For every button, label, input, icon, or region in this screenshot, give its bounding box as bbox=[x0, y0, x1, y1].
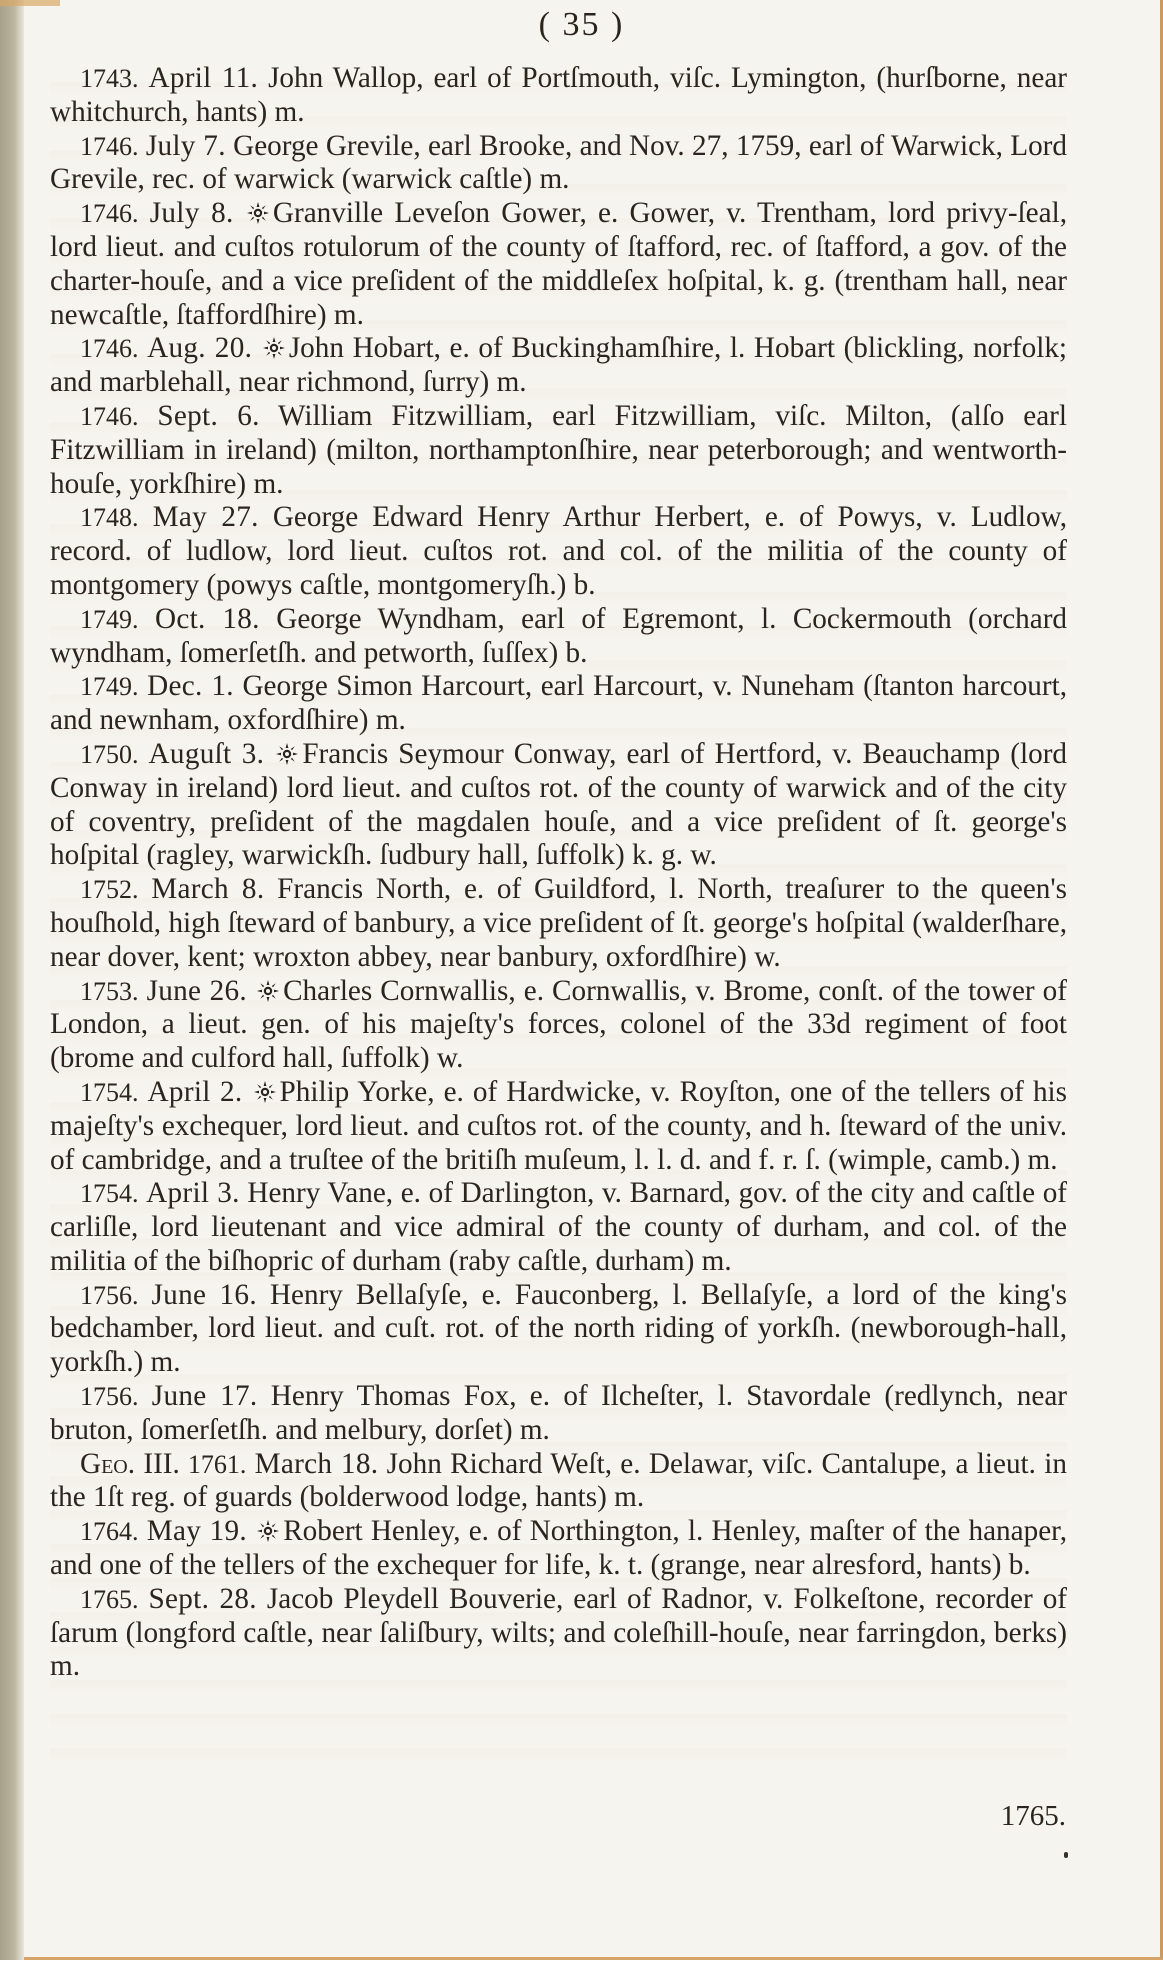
peerage-entry: 1749. Dec. 1. George Simon Harcourt, ear… bbox=[50, 670, 1067, 738]
entry-date: July 8. bbox=[150, 197, 234, 229]
page-binding-edge bbox=[0, 0, 24, 1960]
entry-date: March 8. bbox=[151, 873, 264, 905]
entry-date: May 19. bbox=[147, 1515, 247, 1547]
garter-cross-icon bbox=[276, 743, 298, 765]
peerage-entry: 1754. April 3. Henry Vane, e. of Darling… bbox=[50, 1177, 1067, 1278]
peerage-entry: 1756. June 16. Henry Bellaſyſe, e. Fauco… bbox=[50, 1279, 1067, 1380]
entry-year: 1749. bbox=[80, 605, 139, 634]
peerage-entry-list: 1743. April 11. John Wallop, earl of Por… bbox=[50, 62, 1067, 1684]
entry-year: 1765. bbox=[80, 1585, 139, 1614]
peerage-entry: 1746. Aug. 20. John Hobart, e. of Buckin… bbox=[50, 332, 1067, 400]
entry-date: Aug. 20. bbox=[147, 332, 252, 364]
entry-date: June 17. bbox=[152, 1380, 258, 1412]
entry-date: June 16. bbox=[152, 1279, 257, 1311]
entry-year: 1754. bbox=[80, 1078, 139, 1107]
entry-year: 1748. bbox=[80, 503, 139, 532]
peerage-entry: 1754. April 2. Philip Yorke, e. of Hardw… bbox=[50, 1076, 1067, 1177]
entry-date: July 7. bbox=[146, 130, 226, 162]
entry-date: June 26. bbox=[147, 975, 247, 1007]
peerage-entry: 1765. Sept. 28. Jacob Pleydell Bouverie,… bbox=[50, 1583, 1067, 1684]
peerage-entry: 1746. July 7. George Grevile, earl Brook… bbox=[50, 130, 1067, 198]
entry-year: 1743. bbox=[80, 64, 139, 93]
book-page: ( 35 ) 1743. April 11. John Wallop, earl… bbox=[0, 0, 1163, 1960]
entry-year: 1756. bbox=[80, 1281, 139, 1310]
entry-year: 1752. bbox=[80, 875, 139, 904]
reign-label: Geo. III. bbox=[80, 1448, 180, 1480]
peerage-entry: 1756. June 17. Henry Thomas Fox, e. of I… bbox=[50, 1380, 1067, 1448]
entry-date: April 2. bbox=[148, 1076, 243, 1108]
entry-date: April 11. bbox=[148, 62, 258, 94]
catchword: 1765. bbox=[1001, 1800, 1066, 1833]
peerage-entry: 1750. Auguſt 3. Francis Seymour Conway, … bbox=[50, 738, 1067, 873]
entry-year: 1761. bbox=[188, 1450, 247, 1479]
garter-cross-icon bbox=[247, 202, 269, 224]
peerage-entry: 1749. Oct. 18. George Wyndham, earl of E… bbox=[50, 603, 1067, 671]
garter-cross-icon bbox=[263, 337, 285, 359]
entry-year: 1756. bbox=[80, 1382, 139, 1411]
entry-date: Dec. 1. bbox=[147, 670, 234, 702]
garter-cross-icon bbox=[257, 1520, 279, 1542]
entry-date: March 18. bbox=[255, 1448, 379, 1480]
peerage-entry: 1743. April 11. John Wallop, earl of Por… bbox=[50, 62, 1067, 130]
entry-date: April 3. bbox=[146, 1177, 240, 1209]
entry-date: Sept. 28. bbox=[149, 1583, 257, 1615]
garter-cross-icon bbox=[254, 1081, 276, 1103]
entry-date: Sept. 6. bbox=[157, 400, 259, 432]
garter-cross-icon bbox=[257, 980, 279, 1002]
page-number-header: ( 35 ) bbox=[0, 6, 1163, 44]
entry-year: 1764. bbox=[80, 1517, 139, 1546]
peerage-entry: 1746. Sept. 6. William Fitzwilliam, earl… bbox=[50, 400, 1067, 501]
ink-speck bbox=[1064, 1852, 1068, 1858]
peerage-entry: 1752. March 8. Francis North, e. of Guil… bbox=[50, 873, 1067, 974]
entry-year: 1754. bbox=[80, 1179, 139, 1208]
entry-year: 1753. bbox=[80, 977, 139, 1006]
peerage-entry: 1746. July 8. Granville Leveſon Gower, e… bbox=[50, 197, 1067, 332]
peerage-entry: 1764. May 19. Robert Henley, e. of North… bbox=[50, 1515, 1067, 1583]
entry-date: May 27. bbox=[153, 501, 259, 533]
entry-year: 1746. bbox=[80, 402, 139, 431]
entry-year: 1746. bbox=[80, 199, 139, 228]
entry-year: 1746. bbox=[80, 334, 139, 363]
entry-date: Oct. 18. bbox=[155, 603, 260, 635]
peerage-entry: 1753. June 26. Charles Cornwallis, e. Co… bbox=[50, 975, 1067, 1076]
peerage-entry: Geo. III.1761. March 18. John Richard We… bbox=[50, 1448, 1067, 1516]
peerage-entry: 1748. May 27. George Edward Henry Arthur… bbox=[50, 501, 1067, 602]
entry-year: 1750. bbox=[80, 740, 139, 769]
entry-date: Auguſt 3. bbox=[149, 738, 265, 770]
entry-year: 1749. bbox=[80, 672, 139, 701]
entry-year: 1746. bbox=[80, 132, 139, 161]
